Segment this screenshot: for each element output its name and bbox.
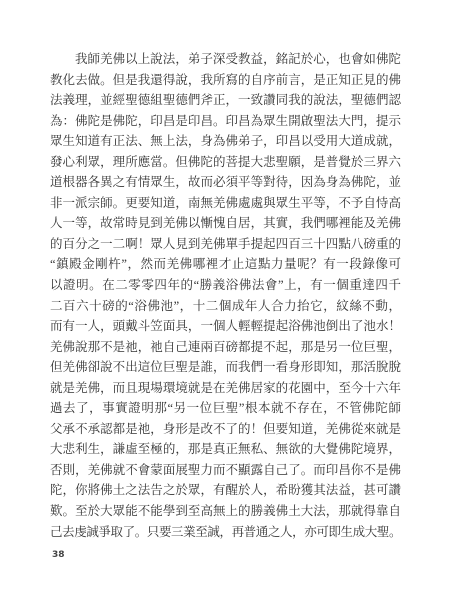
text-line: 的百分之一二啊！眾人見到羌佛單手提起四百三十四點八磅重的 xyxy=(50,234,401,255)
text-line: 教化去做。但是我還得說，我所寫的自序前言，是正知正見的佛 xyxy=(50,70,401,91)
text-line: 就是羌佛，而且現場環境就是在羌佛居家的花園中，至今十六年 xyxy=(50,378,401,399)
body-text: 我師羌佛以上說法，弟子深受教益，銘記於心，也會如佛陀 教化去做。但是我還得說，我… xyxy=(50,49,401,542)
text-line: 而有一人，頭戴斗笠面具，一個人輕輕提起浴佛池倒出了池水！ xyxy=(50,316,401,337)
text-line: 羌佛說那不是祂，祂自己連兩百磅都提不起，那是另一位巨聖， xyxy=(50,337,401,358)
text-line: 陀，你將佛土之法告之於眾，有醒於人，希盼獲其法益，甚可讚 xyxy=(50,480,401,501)
text-line: 以證明。在二零零四年的“勝義浴佛法會”上，有一個重達四千 xyxy=(50,275,401,296)
text-line: “鎮殿金剛杵”，然而羌佛哪裡才止這點力量呢？有一段錄像可 xyxy=(50,254,401,275)
text-line: 但羌佛卻說不出這位巨聖是誰，而我們一看身形即知，那活脫脫 xyxy=(50,357,401,378)
text-line: 眾生知道有正法、無上法，身為佛弟子，印昌以受用大道成就， xyxy=(50,131,401,152)
text-line: 歎。至於大眾能不能學到至高無上的勝義佛土大法，那就得靠自 xyxy=(50,501,401,522)
page-number: 38 xyxy=(52,550,65,560)
text-line: 非一派宗師。更要知道，南無羌佛處處與眾生平等，不予自恃高 xyxy=(50,193,401,214)
text-line: 道根器各異之有情眾生，故而必須平等對待，因為身為佛陀，並 xyxy=(50,172,401,193)
text-line: 否則，羌佛就不會蒙面展聖力而不顯露自己了。而印昌你不是佛 xyxy=(50,460,401,481)
text-line: 發心利眾，理所應當。但佛陀的菩提大悲聖願，是普覺於三界六 xyxy=(50,152,401,173)
text-line: 為：佛陀是佛陀，印昌是印昌。印昌為眾生開啟聖法大門，提示 xyxy=(50,111,401,132)
text-line: 我師羌佛以上說法，弟子深受教益，銘記於心，也會如佛陀 xyxy=(50,49,401,70)
text-line: 己去虔誠爭取了。只要三業至誠，再普通之人，亦可即生成大聖。 xyxy=(50,522,401,543)
text-line: 二百六十磅的“浴佛池”，十二個成年人合力抬它，紋絲不動， xyxy=(50,296,401,317)
text-line: 大悲利生，謙虛至極的，那是真正無私、無欲的大覺佛陀境界， xyxy=(50,439,401,460)
text-line: 父承不承認都是祂，身形是改不了的！但要知道，羌佛從來就是 xyxy=(50,419,401,440)
document-page: 我師羌佛以上說法，弟子深受教益，銘記於心，也會如佛陀 教化去做。但是我還得說，我… xyxy=(0,0,464,600)
text-line: 法義理，並經聖德組聖德們斧正，一致讚同我的說法，聖德們認 xyxy=(50,90,401,111)
text-line: 人一等，故常時見到羌佛以慚愧自居，其實，我們哪裡能及羌佛 xyxy=(50,213,401,234)
text-line: 過去了，事實證明那“另一位巨聖”根本就不存在，不管佛陀師 xyxy=(50,398,401,419)
